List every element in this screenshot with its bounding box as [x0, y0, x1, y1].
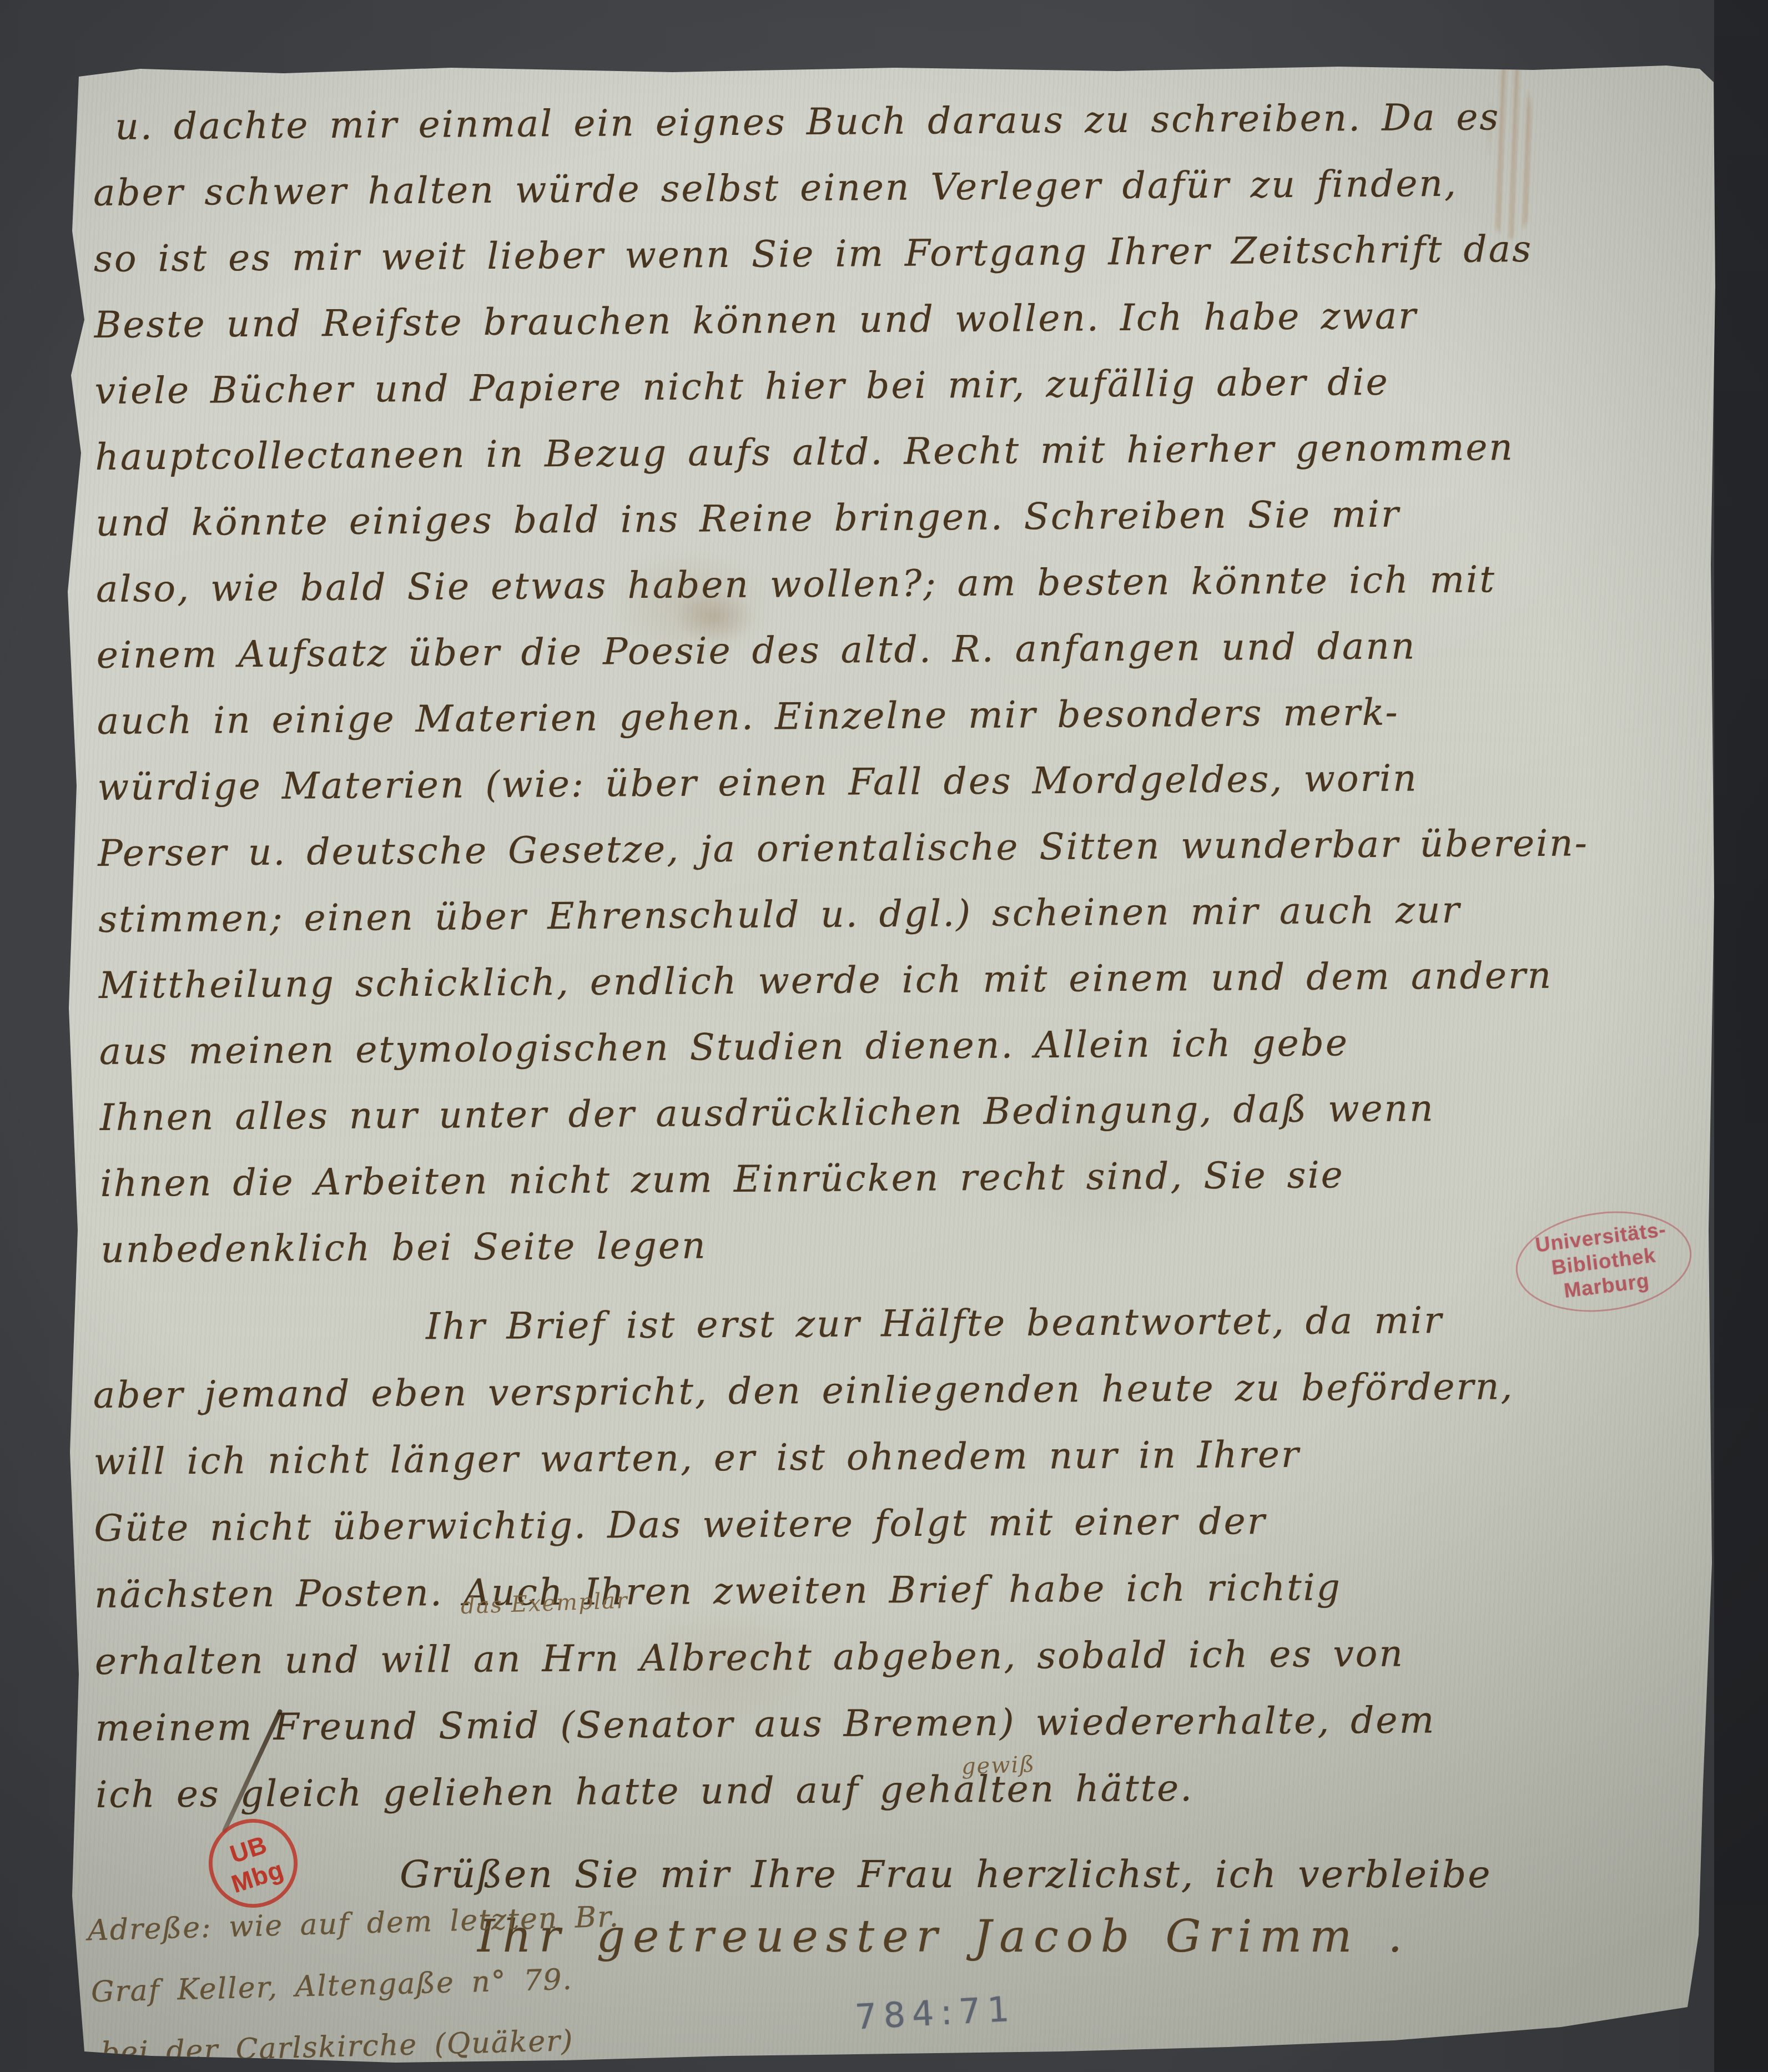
manuscript-line: Ihr Brief ist erst zur Hälfte beantworte… [93, 1297, 1703, 1374]
manuscript-line: hauptcollectaneen in Bezug aufs altd. Re… [95, 425, 1705, 502]
manuscript-line: auch in einige Materien gehen. Einzelne … [97, 689, 1707, 766]
manuscript-line: erhalten und will an Hrn Albrecht abgebe… [95, 1630, 1705, 1707]
manuscript-line: ich es gleich geliehen hatte und auf geh… [95, 1763, 1706, 1840]
closing-line: Grüßen Sie mir Ihre Frau herzlichst, ich… [400, 1853, 1492, 1897]
manuscript-line: meinem Freund Smid (Senator aus Bremen) … [95, 1697, 1705, 1773]
manuscript-line: unbedenklich bei Seite legen [100, 1217, 1711, 1294]
manuscript-line: ihnen die Arbeiten nicht zum Einrücken r… [100, 1151, 1710, 1228]
manuscript-line: u. dachte mir einmal ein eignes Buch dar… [93, 94, 1703, 172]
manuscript-line: aber jemand eben verspricht, den einlieg… [93, 1364, 1704, 1440]
letter-paragraph-1: u. dachte mir einmal ein eignes Buch dar… [93, 94, 1711, 1294]
manuscript-line: Güte nicht überwichtig. Das weitere folg… [94, 1497, 1704, 1574]
interlinear-insertion: gewiß [961, 1752, 1036, 1780]
letter-paragraph-2: Ihr Brief ist erst zur Hälfte beantworte… [93, 1297, 1706, 1840]
manuscript-line: viele Bücher und Papiere nicht hier bei … [94, 359, 1705, 436]
address-line: bei der Carlskirche (Quäker) [100, 2024, 574, 2070]
manuscript-line: Beste und Reifste brauchen können und wo… [94, 293, 1704, 370]
manuscript-line: Mittheilung schicklich, endlich werde ic… [99, 953, 1709, 1030]
manuscript-line: stimmen; einen über Ehrenschuld u. dgl.)… [98, 887, 1709, 964]
address-line: Graf Keller, Altengaße n° 79. [90, 1963, 573, 2009]
manuscript-line: so ist es mir weit lieber wenn Sie im Fo… [94, 226, 1704, 304]
manuscript-line: und könnte einiges bald ins Reine bringe… [95, 491, 1706, 568]
letter-page: u. dachte mir einmal ein eignes Buch dar… [62, 64, 1720, 2068]
catalog-number-pencil: 784:71 [854, 1988, 1017, 2037]
manuscript-line: will ich nicht länger warten, er ist ohn… [93, 1430, 1704, 1507]
manuscript-line: aus meinen etymologischen Studien dienen… [99, 1019, 1710, 1096]
scan-photo: { "colors": { "backdrop": "#44464a", "ba… [0, 0, 1768, 2072]
manuscript-line: aber schwer halten würde selbst einen Ve… [93, 160, 1704, 238]
manuscript-line: Perser u. deutsche Gesetze, ja orientali… [98, 821, 1708, 898]
manuscript-line: Ihnen alles nur unter der ausdrücklichen… [99, 1085, 1710, 1162]
manuscript-line: nächsten Posten. Auch Ihren zweiten Brie… [94, 1564, 1705, 1640]
manuscript-line: einem Aufsatz über die Poesie des altd. … [97, 623, 1707, 700]
manuscript-line: also, wie bald Sie etwas haben wollen?; … [96, 557, 1706, 634]
backdrop-right-band [1714, 0, 1768, 2072]
manuscript-line: würdige Materien (wie: über einen Fall d… [97, 755, 1707, 832]
